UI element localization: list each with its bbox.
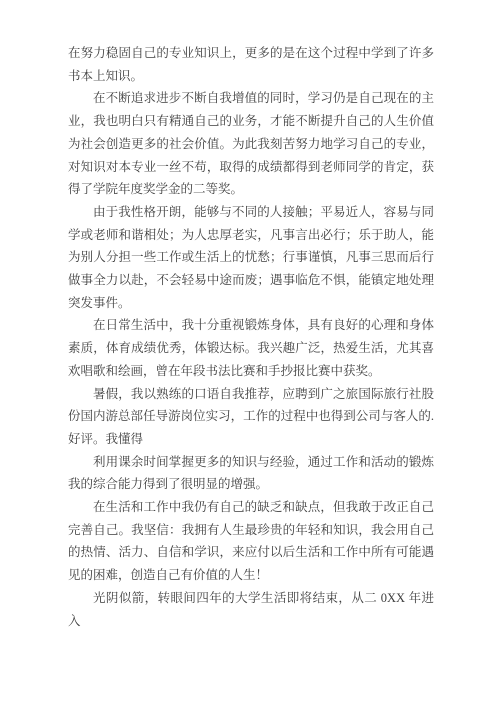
paragraph-4: 在日常生活中，我十分重视锻炼身体，具有良好的心理和身体素质，体育成绩优秀，体锻达… bbox=[68, 314, 434, 382]
paragraph-6: 利用课余时间掌握更多的知识与经验，通过工作和活动的锻炼我的综合能力得到了很明显的… bbox=[68, 451, 434, 496]
paragraph-8: 光阴似箭，转眼间四年的大学生活即将结束，从二 0XX 年进入 bbox=[68, 587, 434, 632]
document-page: 在努力稳固自己的专业知识上，更多的是在这个过程中学到了许多书本上知识。 在不断追… bbox=[0, 0, 500, 707]
paragraph-7: 在生活和工作中我仍有自己的缺乏和缺点，但我敢于改正自己完善自己。我坚信：我拥有人… bbox=[68, 496, 434, 587]
paragraph-5: 暑假，我以熟练的口语自我推荐，应聘到广之旅国际旅行社股份国内游总部任导游岗位实习… bbox=[68, 383, 434, 451]
paragraph-3: 由于我性格开朗，能够与不同的人接触；平易近人，容易与同学或老师和谐相处；为人忠厚… bbox=[68, 201, 434, 315]
paragraph-1: 在努力稳固自己的专业知识上，更多的是在这个过程中学到了许多书本上知识。 bbox=[68, 42, 434, 87]
document-background: { "page": { "background_color": "#ffffff… bbox=[0, 0, 500, 707]
paragraph-2: 在不断追求进步不断自我增值的同时，学习仍是自己现在的主业，我也明白只有精通自己的… bbox=[68, 87, 434, 201]
